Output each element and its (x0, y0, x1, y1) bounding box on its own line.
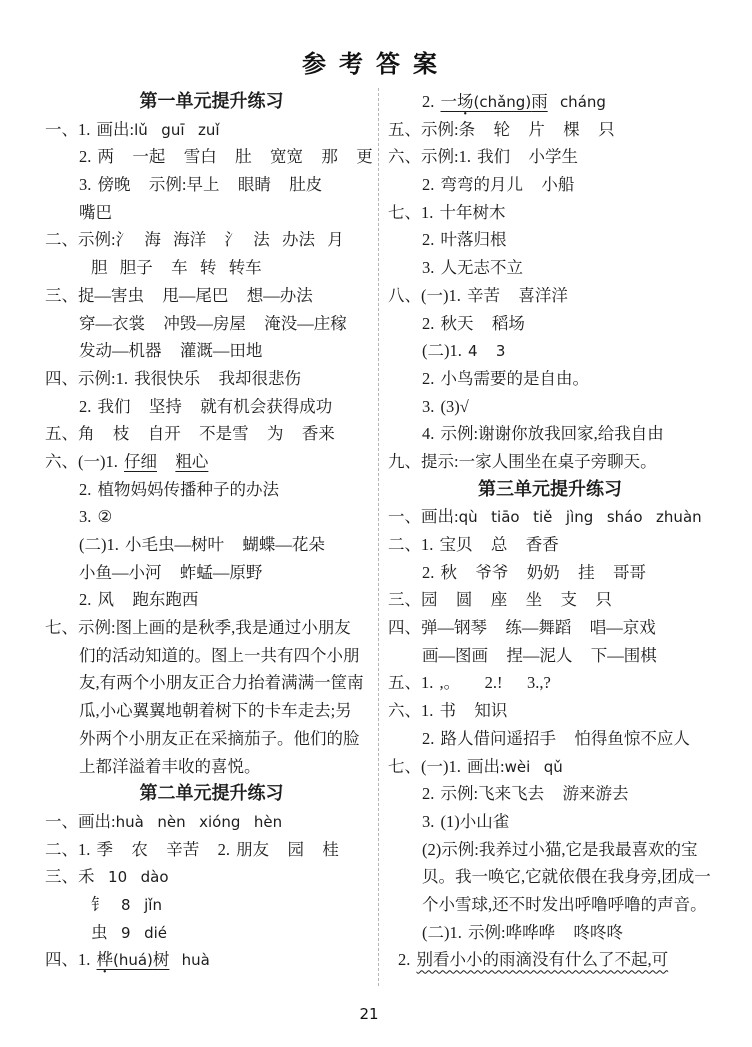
answer-line: 3. (1)小山雀 (388, 808, 712, 836)
answer-line: 们的活动知道的。图上一共有四个小朋 (45, 642, 378, 670)
section-title: 第二单元提升练习 (45, 780, 378, 808)
section-title: 第三单元提升练习 (388, 476, 712, 504)
answer-line: (二)1. 示例:哗哗哗 咚咚咚 (388, 919, 712, 947)
text-segment: 五、1. ,。 2.! 3.,? (388, 673, 551, 692)
text-segment: 们的活动知道的。图上一共有四个小朋 (79, 646, 360, 665)
answers-document: 参考答案 第一单元提升练习一、1. 画出:lǔ guī zuǐ2. 两 一起 雪… (0, 0, 752, 1047)
text-segment: 四、弹—钢琴 练—舞蹈 唱—京戏 (388, 618, 656, 637)
answer-line: 四、弹—钢琴 练—舞蹈 唱—京戏 (388, 614, 712, 642)
answer-line: 二、1. 宝贝 总 香香 (388, 531, 712, 559)
answer-line: 3. 人无志不立 (388, 254, 712, 282)
answer-line: 2. 别看小小的雨滴没有什么了不起,可 (388, 946, 712, 974)
text-segment: 二、示例:氵 海 海洋 氵 法 办法 月 (45, 230, 344, 249)
answer-line: (2)示例:我养过小猫,它是我最喜欢的宝 (388, 836, 712, 864)
answer-line: 3. (3)√ (388, 393, 712, 421)
text-segment: (二)1. 示例:哗哗哗 咚咚咚 (422, 923, 623, 942)
text-segment: 2. 秋天 稻场 (422, 314, 525, 333)
text-segment: 一、画出: (388, 507, 459, 526)
answer-line: 2. 弯弯的月儿 小船 (388, 171, 712, 199)
right-column: 2. 一场(chǎng)雨 cháng五、示例:条 轮 片 棵 只六、示例:1.… (379, 88, 712, 986)
text-segment: 仔细 (124, 452, 157, 471)
answer-line: 2. 植物妈妈传播种子的办法 (45, 476, 378, 504)
text-segment: 3. (1)小山雀 (422, 812, 509, 831)
text-segment: 四、1. (45, 950, 97, 969)
pinyin-segment: (huá) (113, 951, 153, 969)
answer-line: 2. 路人借问遥招手 怕得鱼惊不应人 (388, 725, 712, 753)
text-segment: 发动—机器 灌溉—田地 (79, 341, 262, 360)
answer-line: 七、(一)1. 画出:wèi qǔ (388, 753, 712, 781)
text-segment: 粗心 (175, 452, 208, 471)
answer-line: 外两个小朋友正在采摘茄子。他们的脸 (45, 725, 378, 753)
text-segment: 外两个小朋友正在采摘茄子。他们的脸 (79, 729, 360, 748)
answer-line: 二、示例:氵 海 海洋 氵 法 办法 月 (45, 226, 378, 254)
text-segment: 钅 (91, 895, 108, 914)
pinyin-segment: 4 (468, 342, 478, 360)
text-segment: 虫 (91, 923, 108, 942)
answer-line: 2. 我们 坚持 就有机会获得成功 (45, 393, 378, 421)
answer-line: 一、画出:huà nèn xióng hèn (45, 808, 378, 836)
pinyin-segment: qù tiāo tiě jìng sháo zhuàn (459, 508, 702, 526)
text-segment: 七、示例:图上画的是秋季,我是通过小朋友 (45, 618, 351, 637)
text-segment: 三、园 圆 座 坐 支 只 (388, 590, 612, 609)
answer-line: 七、1. 十年树木 (388, 199, 712, 227)
answer-line: 贝。我一唤它,它就依偎在我身旁,团成一 (388, 863, 712, 891)
answer-line: 2. 示例:飞来飞去 游来游去 (388, 780, 712, 808)
pinyin-segment: huà (182, 951, 210, 969)
text-segment: 友,有两个小朋友正合力抬着满满一筐南 (79, 673, 364, 692)
text-segment: 三、禾 (45, 867, 95, 886)
answer-line: 七、示例:图上画的是秋季,我是通过小朋友 (45, 614, 378, 642)
text-segment: 四、示例:1. 我很快乐 我却很悲伤 (45, 369, 301, 388)
answer-line: 一、画出:qù tiāo tiě jìng sháo zhuàn (388, 503, 712, 531)
answer-line: 五、角 枝 自开 不是雪 为 香来 (45, 420, 378, 448)
text-segment: 贝。我一唤它,它就依偎在我身旁,团成一 (422, 867, 711, 886)
answer-line: 2. 叶落归根 (388, 226, 712, 254)
text-segment: 六、示例:1. 我们 小学生 (388, 147, 578, 166)
text-segment: 2. 弯弯的月儿 小船 (422, 175, 574, 194)
text-segment: 2. 风 跑东跑西 (79, 590, 198, 609)
answer-line: 瓜,小心翼翼地朝着树下的卡车走去;另 (45, 697, 378, 725)
text-segment: 雨 (531, 92, 548, 111)
left-column: 第一单元提升练习一、1. 画出:lǔ guī zuǐ2. 两 一起 雪白 肚 宽… (45, 88, 378, 986)
answer-line: 六、(一)1. 仔细 粗心 (45, 448, 378, 476)
answer-line: 个小雪球,还不时发出呼噜呼噜的声音。 (388, 891, 712, 919)
text-segment (157, 452, 175, 471)
answer-line: 3. 傍晚 示例:早上 眼睛 肚皮 (45, 171, 378, 199)
text-segment: 2. 我们 坚持 就有机会获得成功 (79, 397, 332, 416)
answer-line: 四、1. 桦(huá)树 huà (45, 946, 378, 974)
answer-line: 五、1. ,。 2.! 3.,? (388, 669, 712, 697)
answer-line: 2. 秋 爷爷 奶奶 挂 哥哥 (388, 559, 712, 587)
text-segment: 3. 人无志不立 (422, 258, 523, 277)
answer-line: 六、示例:1. 我们 小学生 (388, 143, 712, 171)
answer-line: 虫 9 dié (45, 919, 378, 947)
text-segment: 3. (3)√ (422, 397, 469, 416)
answer-line: 四、示例:1. 我很快乐 我却很悲伤 (45, 365, 378, 393)
text-segment: 2. (422, 92, 441, 111)
text-segment: 七、(一)1. 画出: (388, 757, 505, 776)
text-segment: 九、提示:一家人围坐在桌子旁聊天。 (388, 452, 657, 471)
text-segment: 2. 路人借问遥招手 怕得鱼惊不应人 (422, 729, 690, 748)
answer-line: 八、(一)1. 辛苦 喜洋洋 (388, 282, 712, 310)
text-segment: 一、画出: (45, 812, 116, 831)
answer-line: 发动—机器 灌溉—田地 (45, 337, 378, 365)
text-segment: 2. 植物妈妈传播种子的办法 (79, 480, 279, 499)
text-segment: 胆 胆子 车 转 转车 (91, 258, 262, 277)
answer-line: 三、捉—害虫 甩—尾巴 想—办法 (45, 282, 378, 310)
answer-line: 2. 一场(chǎng)雨 cháng (388, 88, 712, 116)
text-segment: (二)1. 小毛虫—树叶 蝴蝶—花朵 (79, 535, 325, 554)
answer-line: 2. 两 一起 雪白 肚 宽宽 那 更 (45, 143, 378, 171)
text-segment: 三、捉—害虫 甩—尾巴 想—办法 (45, 286, 313, 305)
answer-line: 2. 秋天 稻场 (388, 310, 712, 338)
text-segment: 二、1. 季 农 辛苦 2. 朋友 园 桂 (45, 840, 339, 859)
text-segment: 2. 两 一起 雪白 肚 宽宽 那 更 (79, 147, 373, 166)
pinyin-segment: 3 (496, 342, 506, 360)
answer-line: 2. 风 跑东跑西 (45, 586, 378, 614)
text-segment: 2. 示例:飞来飞去 游来游去 (422, 784, 628, 803)
answer-line: 嘴巴 (45, 199, 378, 227)
text-segment: 树 (153, 950, 170, 969)
text-segment: 一、1. 画出: (45, 120, 134, 139)
text-segment: 画—图画 捏—泥人 下—围棋 (422, 646, 657, 665)
page-number: 21 (0, 1005, 738, 1023)
answer-line: 穿—衣裳 冲毁—房屋 淹没—庄稼 (45, 310, 378, 338)
text-segment: 五、示例:条 轮 片 棵 只 (388, 120, 615, 139)
text-segment: 个小雪球,还不时发出呼噜呼噜的声音。 (422, 895, 707, 914)
text-segment: 八、(一)1. 辛苦 喜洋洋 (388, 286, 568, 305)
text-segment: 4. 示例:谢谢你放我回家,给我自由 (422, 424, 664, 443)
pinyin-segment: 8 jǐn (108, 896, 162, 914)
text-segment (548, 92, 560, 111)
answer-line: (二)1. 小毛虫—树叶 蝴蝶—花朵 (45, 531, 378, 559)
answer-line: 2. 小鸟需要的是自由。 (388, 365, 712, 393)
pinyin-segment: cháng (560, 93, 606, 111)
answer-line: 二、1. 季 农 辛苦 2. 朋友 园 桂 (45, 836, 378, 864)
text-segment: 六、(一)1. (45, 452, 124, 471)
answer-line: 画—图画 捏—泥人 下—围棋 (388, 642, 712, 670)
pinyin-segment: lǔ guī zuǐ (134, 121, 220, 139)
text-segment: 3. ② (79, 507, 112, 526)
text-segment: 2. (398, 950, 417, 969)
answer-line: 3. ② (45, 503, 378, 531)
pinyin-segment: huà nèn xióng hèn (116, 813, 283, 831)
answer-line: 钅 8 jǐn (45, 891, 378, 919)
text-segment: 二、1. 宝贝 总 香香 (388, 535, 559, 554)
text-segment: 3. 傍晚 示例:早上 眼睛 肚皮 (79, 175, 322, 194)
answer-line: 友,有两个小朋友正合力抬着满满一筐南 (45, 669, 378, 697)
answer-line: 三、禾 10 dào (45, 863, 378, 891)
content-area: 第一单元提升练习一、1. 画出:lǔ guī zuǐ2. 两 一起 雪白 肚 宽… (45, 88, 713, 986)
text-segment (478, 341, 496, 360)
text-segment: 2. 叶落归根 (422, 230, 507, 249)
page-title: 参考答案 (0, 44, 752, 79)
answer-line: 五、示例:条 轮 片 棵 只 (388, 116, 712, 144)
text-segment (169, 950, 181, 969)
text-segment: 2. 秋 爷爷 奶奶 挂 哥哥 (422, 563, 646, 582)
text-segment: 2. 小鸟需要的是自由。 (422, 369, 589, 388)
text-segment: 桦 (97, 946, 114, 974)
pinyin-segment: (chǎng) (474, 93, 532, 111)
text-segment: 场 (457, 88, 474, 116)
text-segment: 穿—衣裳 冲毁—房屋 淹没—庄稼 (79, 314, 347, 333)
answer-line: 小鱼—小河 蚱蜢—原野 (45, 559, 378, 587)
pinyin-segment: 9 dié (108, 924, 168, 942)
text-segment: 嘴巴 (79, 203, 112, 222)
answer-line: 4. 示例:谢谢你放我回家,给我自由 (388, 420, 712, 448)
text-segment: 五、角 枝 自开 不是雪 为 香来 (45, 424, 335, 443)
text-segment: 一 (441, 92, 458, 111)
text-segment: 上都洋溢着丰收的喜悦。 (79, 757, 261, 776)
text-segment: 六、1. 书 知识 (388, 701, 507, 720)
answer-line: 上都洋溢着丰收的喜悦。 (45, 753, 378, 781)
answer-line: 一、1. 画出:lǔ guī zuǐ (45, 116, 378, 144)
answer-line: 胆 胆子 车 转 转车 (45, 254, 378, 282)
text-segment: 瓜,小心翼翼地朝着树下的卡车走去;另 (79, 701, 352, 720)
answer-line: (二)1. 4 3 (388, 337, 712, 365)
text-segment: 小鱼—小河 蚱蜢—原野 (79, 563, 262, 582)
answer-line: 六、1. 书 知识 (388, 697, 712, 725)
section-title: 第一单元提升练习 (45, 88, 378, 116)
pinyin-segment: 10 dào (95, 868, 169, 886)
answer-line: 三、园 圆 座 坐 支 只 (388, 586, 712, 614)
text-segment: (二)1. (422, 341, 468, 360)
text-segment: 别看小小的雨滴没有什么了不起,可 (417, 950, 669, 969)
text-segment: 七、1. 十年树木 (388, 203, 506, 222)
answer-line: 九、提示:一家人围坐在桌子旁聊天。 (388, 448, 712, 476)
pinyin-segment: wèi qǔ (505, 758, 563, 776)
text-segment: (2)示例:我养过小猫,它是我最喜欢的宝 (422, 840, 697, 859)
